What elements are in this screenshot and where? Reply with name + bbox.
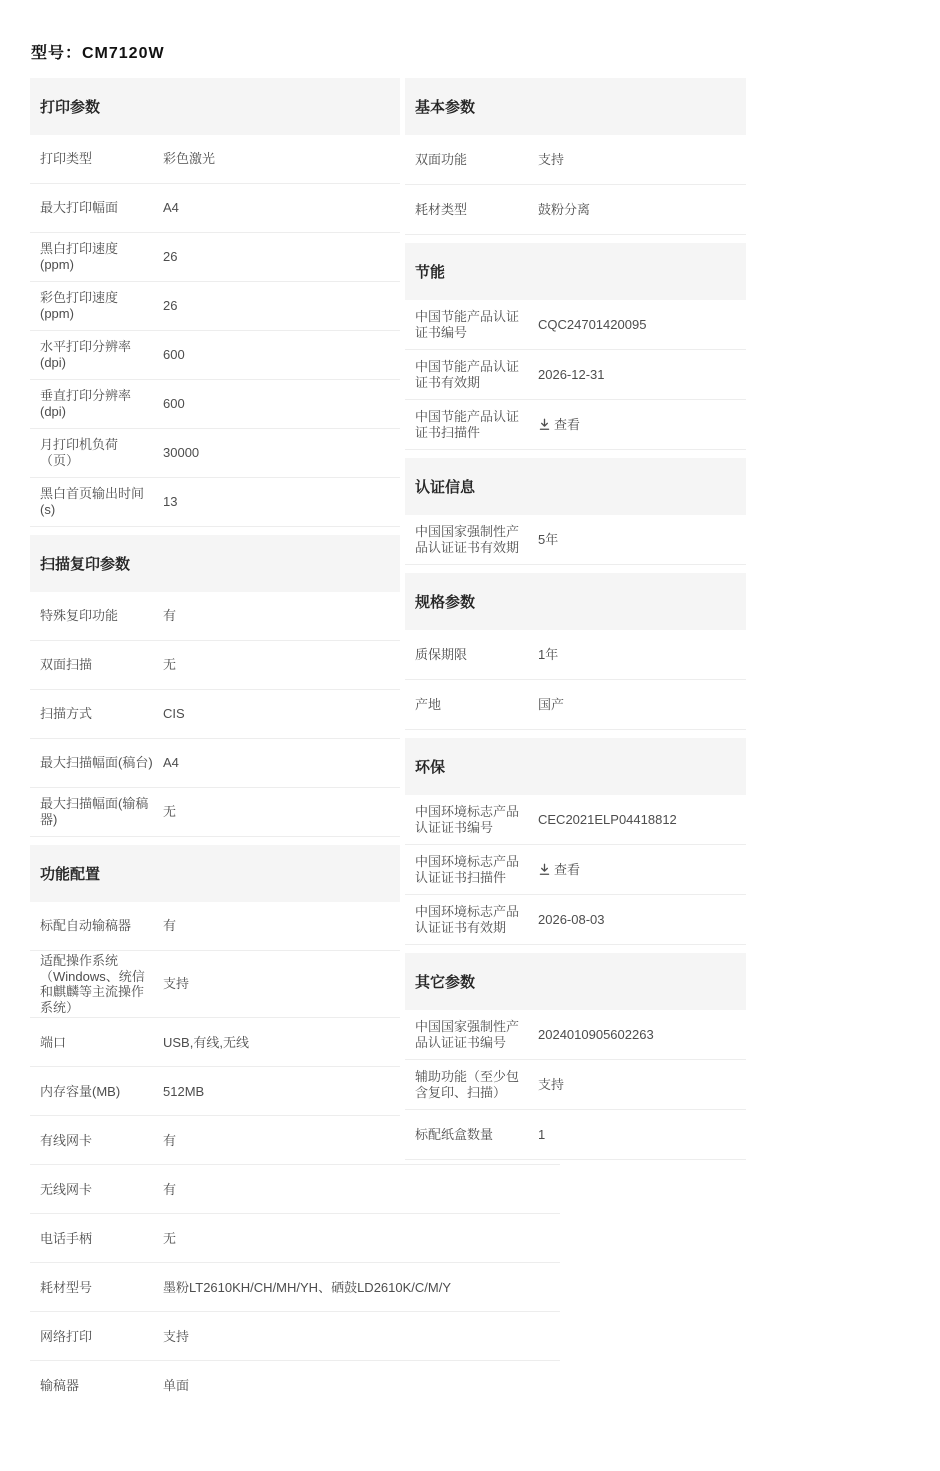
spec-row: 标配纸盒数量1 (405, 1110, 746, 1160)
spec-value: 600 (163, 347, 390, 363)
spec-section: 其它参数中国国家强制性产品认证证书编号2024010905602263辅助功能（… (405, 953, 746, 1160)
spec-label: 中国国家强制性产品认证证书编号 (415, 1019, 529, 1050)
spec-section: 认证信息中国国家强制性产品认证证书有效期5年 (405, 458, 746, 565)
spec-label: 标配自动输稿器 (40, 918, 154, 934)
spec-value: 600 (163, 396, 390, 412)
spec-row: 中国环境标志产品认证证书编号CEC2021ELP04418812 (405, 795, 746, 845)
spec-row: 标配自动输稿器有 (30, 902, 400, 951)
spec-value: 有 (163, 918, 390, 934)
spec-label: 耗材型号 (40, 1280, 154, 1296)
spec-row: 打印类型彩色激光 (30, 135, 400, 184)
spec-label: 双面功能 (415, 152, 529, 168)
spec-value: 彩色激光 (163, 151, 390, 167)
spec-section: 环保中国环境标志产品认证证书编号CEC2021ELP04418812中国环境标志… (405, 738, 746, 945)
spec-row: 双面扫描无 (30, 641, 400, 690)
spec-label: 质保期限 (415, 647, 529, 663)
spec-label: 端口 (40, 1035, 154, 1051)
section-header: 其它参数 (405, 953, 746, 1010)
spec-value: 26 (163, 298, 390, 314)
spec-value: 支持 (538, 152, 736, 168)
spec-label: 双面扫描 (40, 657, 154, 673)
spec-label: 月打印机负荷 （页） (40, 437, 154, 468)
spec-section: 打印参数打印类型彩色激光最大打印幅面A4黑白打印速度 (ppm)26彩色打印速度… (30, 78, 400, 527)
spec-row: 水平打印分辨率 (dpi)600 (30, 331, 400, 380)
spec-label: 标配纸盒数量 (415, 1127, 529, 1143)
spec-value: 无 (163, 657, 390, 673)
spec-label: 彩色打印速度 (ppm) (40, 290, 154, 321)
view-certificate-link[interactable]: 查看 (538, 862, 736, 878)
spec-row: 中国节能产品认证证书扫描件查看 (405, 400, 746, 450)
link-label: 查看 (554, 417, 580, 433)
spec-row: 电话手柄无 (30, 1214, 560, 1263)
spec-value: 支持 (163, 1329, 550, 1345)
spec-value: 鼓粉分离 (538, 202, 736, 218)
spec-value: USB,有线,无线 (163, 1035, 390, 1051)
spec-value: 国产 (538, 697, 736, 713)
right-spec-column: 基本参数双面功能支持耗材类型鼓粉分离节能中国节能产品认证证书编号CQC24701… (405, 78, 746, 1160)
spec-value: 单面 (163, 1378, 550, 1394)
spec-value: A4 (163, 755, 390, 771)
spec-row: 中国节能产品认证证书有效期2026-12-31 (405, 350, 746, 400)
section-header: 规格参数 (405, 573, 746, 630)
spec-label: 垂直打印分辨率 (dpi) (40, 388, 154, 419)
spec-value: CEC2021ELP04418812 (538, 812, 736, 828)
spec-row: 黑白打印速度 (ppm)26 (30, 233, 400, 282)
spec-row: 中国国家强制性产品认证证书有效期5年 (405, 515, 746, 565)
spec-label: 中国节能产品认证证书扫描件 (415, 409, 529, 440)
spec-label: 特殊复印功能 (40, 608, 154, 624)
spec-row: 耗材类型鼓粉分离 (405, 185, 746, 235)
spec-value: CIS (163, 706, 390, 722)
link-label: 查看 (554, 862, 580, 878)
spec-label: 内存容量(MB) (40, 1084, 154, 1100)
spec-row: 最大扫描幅面(稿台)A4 (30, 739, 400, 788)
download-icon (538, 418, 551, 431)
spec-row: 最大打印幅面A4 (30, 184, 400, 233)
spec-row: 中国国家强制性产品认证证书编号2024010905602263 (405, 1010, 746, 1060)
spec-label: 扫描方式 (40, 706, 154, 722)
spec-row: 产地国产 (405, 680, 746, 730)
spec-row: 中国环境标志产品认证证书有效期2026-08-03 (405, 895, 746, 945)
spec-row: 扫描方式CIS (30, 690, 400, 739)
spec-label: 输稿器 (40, 1378, 154, 1394)
spec-value: 墨粉LT2610KH/CH/MH/YH、硒鼓LD2610K/C/M/Y (163, 1280, 550, 1296)
spec-value: 2026-12-31 (538, 367, 736, 383)
spec-label: 最大扫描幅面(输稿器) (40, 796, 154, 827)
spec-section: 规格参数质保期限1年产地国产 (405, 573, 746, 730)
spec-value: 无 (163, 1231, 550, 1247)
spec-label: 黑白首页输出时间 (s) (40, 486, 154, 517)
spec-label: 适配操作系统 （Windows、统信和麒麟等主流操作系统） (40, 953, 154, 1015)
spec-section: 功能配置标配自动输稿器有适配操作系统 （Windows、统信和麒麟等主流操作系统… (30, 845, 400, 1410)
spec-row: 黑白首页输出时间 (s)13 (30, 478, 400, 527)
spec-value: 有 (163, 608, 390, 624)
spec-row: 月打印机负荷 （页）30000 (30, 429, 400, 478)
spec-row: 垂直打印分辨率 (dpi)600 (30, 380, 400, 429)
spec-value: 无 (163, 804, 390, 820)
spec-row: 彩色打印速度 (ppm)26 (30, 282, 400, 331)
spec-value: 1年 (538, 647, 736, 663)
spec-label: 中国环境标志产品认证证书有效期 (415, 904, 529, 935)
spec-row: 适配操作系统 （Windows、统信和麒麟等主流操作系统）支持 (30, 951, 400, 1018)
spec-label: 中国环境标志产品认证证书扫描件 (415, 854, 529, 885)
spec-label: 辅助功能（至少包含复印、扫描） (415, 1069, 529, 1100)
spec-value: 13 (163, 494, 390, 510)
spec-label: 中国节能产品认证证书有效期 (415, 359, 529, 390)
spec-label: 产地 (415, 697, 529, 713)
spec-value: 1 (538, 1127, 736, 1143)
spec-label: 耗材类型 (415, 202, 529, 218)
spec-row: 内存容量(MB)512MB (30, 1067, 400, 1116)
spec-label: 中国国家强制性产品认证证书有效期 (415, 524, 529, 555)
section-header: 节能 (405, 243, 746, 300)
view-certificate-link[interactable]: 查看 (538, 417, 736, 433)
spec-label: 无线网卡 (40, 1182, 154, 1198)
spec-row: 辅助功能（至少包含复印、扫描）支持 (405, 1060, 746, 1110)
spec-row: 耗材型号墨粉LT2610KH/CH/MH/YH、硒鼓LD2610K/C/M/Y (30, 1263, 560, 1312)
spec-value: 支持 (538, 1077, 736, 1093)
page-title: 型号：CM7120W (31, 40, 165, 63)
spec-value: 支持 (163, 976, 390, 992)
spec-row: 无线网卡有 (30, 1165, 560, 1214)
spec-label: 有线网卡 (40, 1133, 154, 1149)
section-header: 环保 (405, 738, 746, 795)
spec-value: 5年 (538, 532, 736, 548)
spec-row: 双面功能支持 (405, 135, 746, 185)
spec-section: 基本参数双面功能支持耗材类型鼓粉分离 (405, 78, 746, 235)
spec-value: 26 (163, 249, 390, 265)
spec-row: 中国环境标志产品认证证书扫描件查看 (405, 845, 746, 895)
spec-row: 质保期限1年 (405, 630, 746, 680)
section-header: 打印参数 (30, 78, 400, 135)
spec-value: A4 (163, 200, 390, 216)
spec-value: 2024010905602263 (538, 1027, 736, 1043)
spec-label: 黑白打印速度 (ppm) (40, 241, 154, 272)
spec-label: 水平打印分辨率 (dpi) (40, 339, 154, 370)
spec-label: 网络打印 (40, 1329, 154, 1345)
spec-row: 特殊复印功能有 (30, 592, 400, 641)
spec-row: 网络打印支持 (30, 1312, 560, 1361)
spec-value: 512MB (163, 1084, 390, 1100)
spec-label: 最大打印幅面 (40, 200, 154, 216)
spec-value: 2026-08-03 (538, 912, 736, 928)
spec-row: 最大扫描幅面(输稿器)无 (30, 788, 400, 837)
spec-label: 打印类型 (40, 151, 154, 167)
spec-row: 输稿器单面 (30, 1361, 560, 1410)
spec-label: 最大扫描幅面(稿台) (40, 755, 154, 771)
download-icon (538, 863, 551, 876)
spec-row: 端口USB,有线,无线 (30, 1018, 400, 1067)
left-spec-column: 打印参数打印类型彩色激光最大打印幅面A4黑白打印速度 (ppm)26彩色打印速度… (30, 78, 400, 1410)
section-header: 认证信息 (405, 458, 746, 515)
spec-label: 中国环境标志产品认证证书编号 (415, 804, 529, 835)
spec-row: 中国节能产品认证证书编号CQC24701420095 (405, 300, 746, 350)
spec-value: 有 (163, 1182, 550, 1198)
spec-label: 电话手柄 (40, 1231, 154, 1247)
spec-section: 节能中国节能产品认证证书编号CQC24701420095中国节能产品认证证书有效… (405, 243, 746, 450)
section-header: 功能配置 (30, 845, 400, 902)
spec-section: 扫描复印参数特殊复印功能有双面扫描无扫描方式CIS最大扫描幅面(稿台)A4最大扫… (30, 535, 400, 837)
spec-value: CQC24701420095 (538, 317, 736, 333)
spec-label: 中国节能产品认证证书编号 (415, 309, 529, 340)
section-header: 基本参数 (405, 78, 746, 135)
spec-value: 30000 (163, 445, 390, 461)
section-header: 扫描复印参数 (30, 535, 400, 592)
